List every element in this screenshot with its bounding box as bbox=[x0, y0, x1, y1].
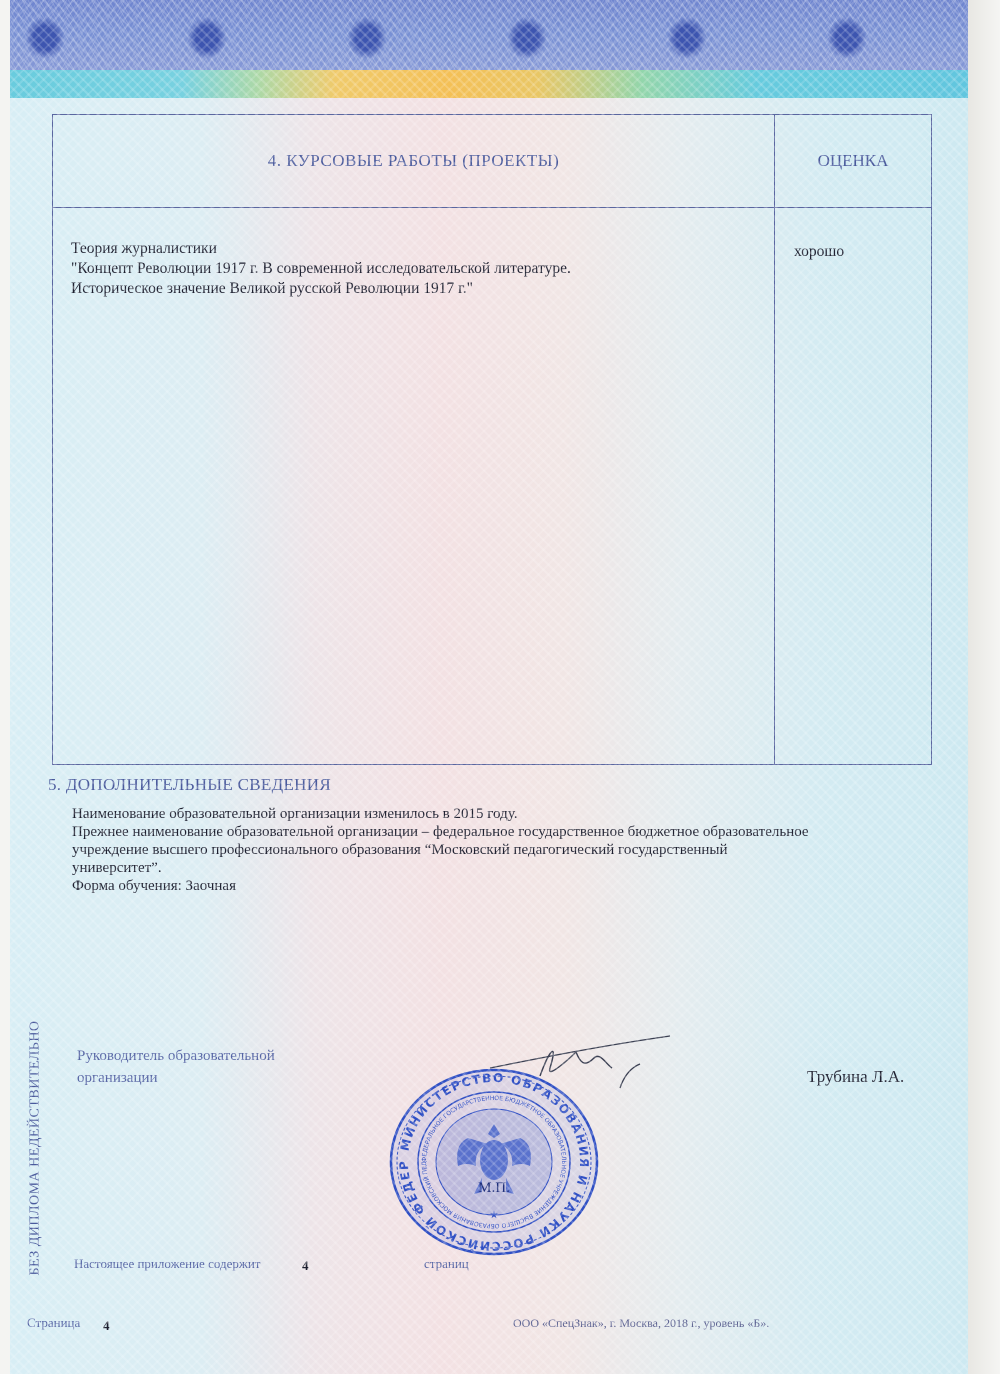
additional-info-line: учреждение высшего профессионального обр… bbox=[72, 841, 922, 859]
security-banner bbox=[10, 0, 968, 70]
coursework-entry: Теория журналистики "Концепт Революции 1… bbox=[71, 239, 761, 299]
rainbow-stripe bbox=[10, 70, 968, 98]
head-of-organization-label: Руководитель образовательной организации bbox=[77, 1045, 337, 1089]
additional-info-line: Прежнее наименование образовательной орг… bbox=[72, 823, 922, 841]
svg-text:★: ★ bbox=[490, 1210, 499, 1221]
scan-margin bbox=[968, 0, 1000, 1374]
coursework-table-header: 4. КУРСОВЫЕ РАБОТЫ (ПРОЕКТЫ) bbox=[53, 115, 774, 207]
head-label-line-1: Руководитель образовательной bbox=[77, 1045, 337, 1067]
column-divider bbox=[774, 115, 775, 764]
pages-count-value: 4 bbox=[302, 1258, 309, 1274]
page-label: Страница bbox=[27, 1315, 80, 1331]
signature-icon bbox=[480, 1028, 690, 1098]
head-label-line-2: организации bbox=[77, 1067, 337, 1089]
head-of-organization-name: Трубина Л.А. bbox=[807, 1067, 904, 1087]
coursework-table: 4. КУРСОВЫЕ РАБОТЫ (ПРОЕКТЫ) ОЦЕНКА Теор… bbox=[52, 114, 932, 765]
coursework-topic-line-1: "Концепт Революции 1917 г. В современной… bbox=[71, 259, 761, 279]
additional-info-line: Форма обучения: Заочная bbox=[72, 877, 922, 895]
coursework-topic-line-2: Историческое значение Великой русской Ре… bbox=[71, 279, 761, 299]
coursework-grade: хорошо bbox=[794, 243, 844, 261]
pages-count-label: Настоящее приложение содержит bbox=[74, 1256, 260, 1272]
validity-note: БЕЗ ДИПЛОМА НЕДЕЙСТВИТЕЛЬНО bbox=[24, 1018, 48, 1278]
validity-note-text: БЕЗ ДИПЛОМА НЕДЕЙСТВИТЕЛЬНО bbox=[28, 1020, 44, 1275]
additional-info-line: Наименование образовательной организации… bbox=[72, 805, 922, 823]
additional-info-body: Наименование образовательной организации… bbox=[72, 805, 922, 895]
diploma-supplement-page: 4. КУРСОВЫЕ РАБОТЫ (ПРОЕКТЫ) ОЦЕНКА Теор… bbox=[10, 0, 968, 1374]
row-divider bbox=[53, 207, 931, 208]
svg-text:М.П.: М.П. bbox=[478, 1180, 510, 1196]
pages-count-suffix: страниц bbox=[424, 1256, 469, 1272]
grade-column-header: ОЦЕНКА bbox=[775, 115, 931, 207]
coursework-subject: Теория журналистики bbox=[71, 239, 761, 259]
additional-info-heading: 5. ДОПОЛНИТЕЛЬНЫЕ СВЕДЕНИЯ bbox=[48, 775, 331, 795]
printer-imprint: ООО «СпецЗнак», г. Москва, 2018 г., уров… bbox=[513, 1316, 769, 1331]
additional-info-line: университет”. bbox=[72, 859, 922, 877]
page-number: 4 bbox=[103, 1318, 110, 1334]
